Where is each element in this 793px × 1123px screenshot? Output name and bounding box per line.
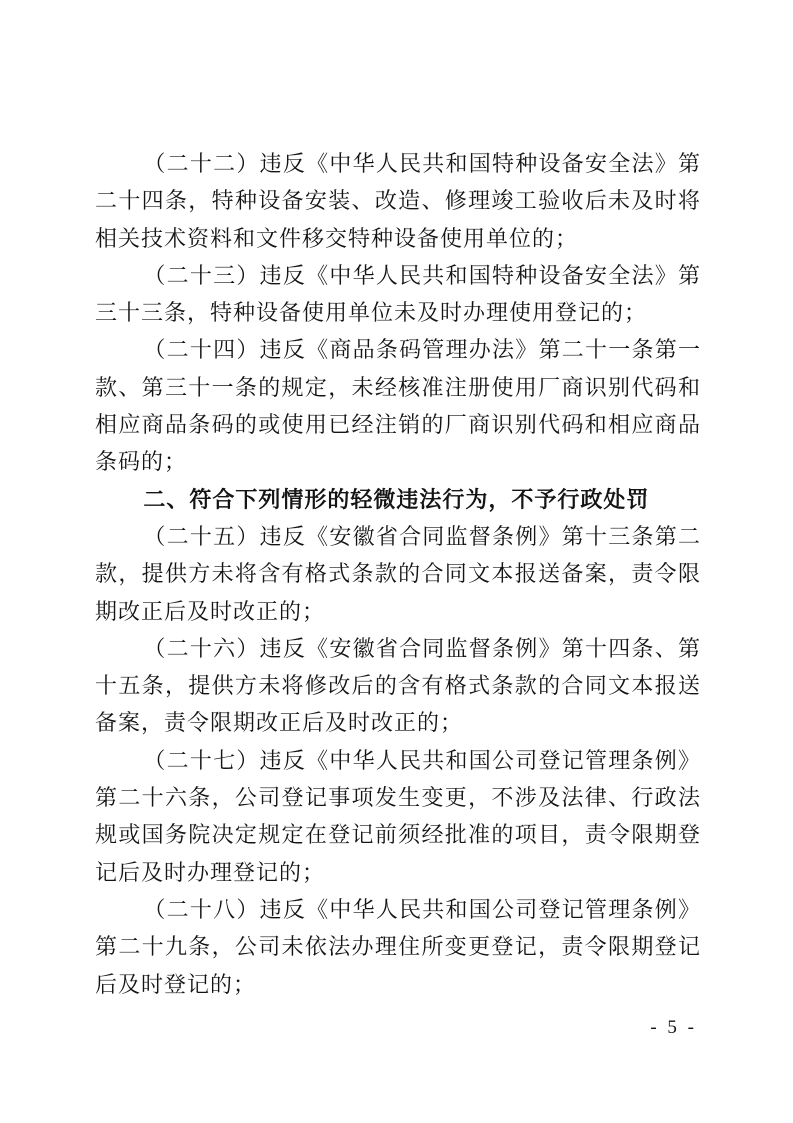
document-body: （二十二）违反《中华人民共和国特种设备安全法》第二十四条，特种设备安装、改造、修… xyxy=(95,145,701,1003)
document-page: （二十二）违反《中华人民共和国特种设备安全法》第二十四条，特种设备安装、改造、修… xyxy=(0,0,793,1123)
clause-item-26: （二十六）违反《安徽省合同监督条例》第十四条、第十五条，提供方未将修改后的含有格… xyxy=(95,630,701,742)
clause-item-22: （二十二）违反《中华人民共和国特种设备安全法》第二十四条，特种设备安装、改造、修… xyxy=(95,145,701,257)
clause-item-27: （二十七）违反《中华人民共和国公司登记管理条例》第二十六条，公司登记事项发生变更… xyxy=(95,742,701,891)
section-heading-2: 二、符合下列情形的轻微违法行为，不予行政处罚 xyxy=(95,481,701,518)
clause-item-23: （二十三）违反《中华人民共和国特种设备安全法》第三十三条，特种设备使用单位未及时… xyxy=(95,257,701,332)
clause-item-25: （二十五）违反《安徽省合同监督条例》第十三条第二款，提供方未将含有格式条款的合同… xyxy=(95,518,701,630)
clause-item-24: （二十四）违反《商品条码管理办法》第二十一条第一款、第三十一条的规定，未经核准注… xyxy=(95,331,701,480)
clause-item-28: （二十八）违反《中华人民共和国公司登记管理条例》第二十九条，公司未依法办理住所变… xyxy=(95,891,701,1003)
page-number: - 5 - xyxy=(650,1017,697,1039)
